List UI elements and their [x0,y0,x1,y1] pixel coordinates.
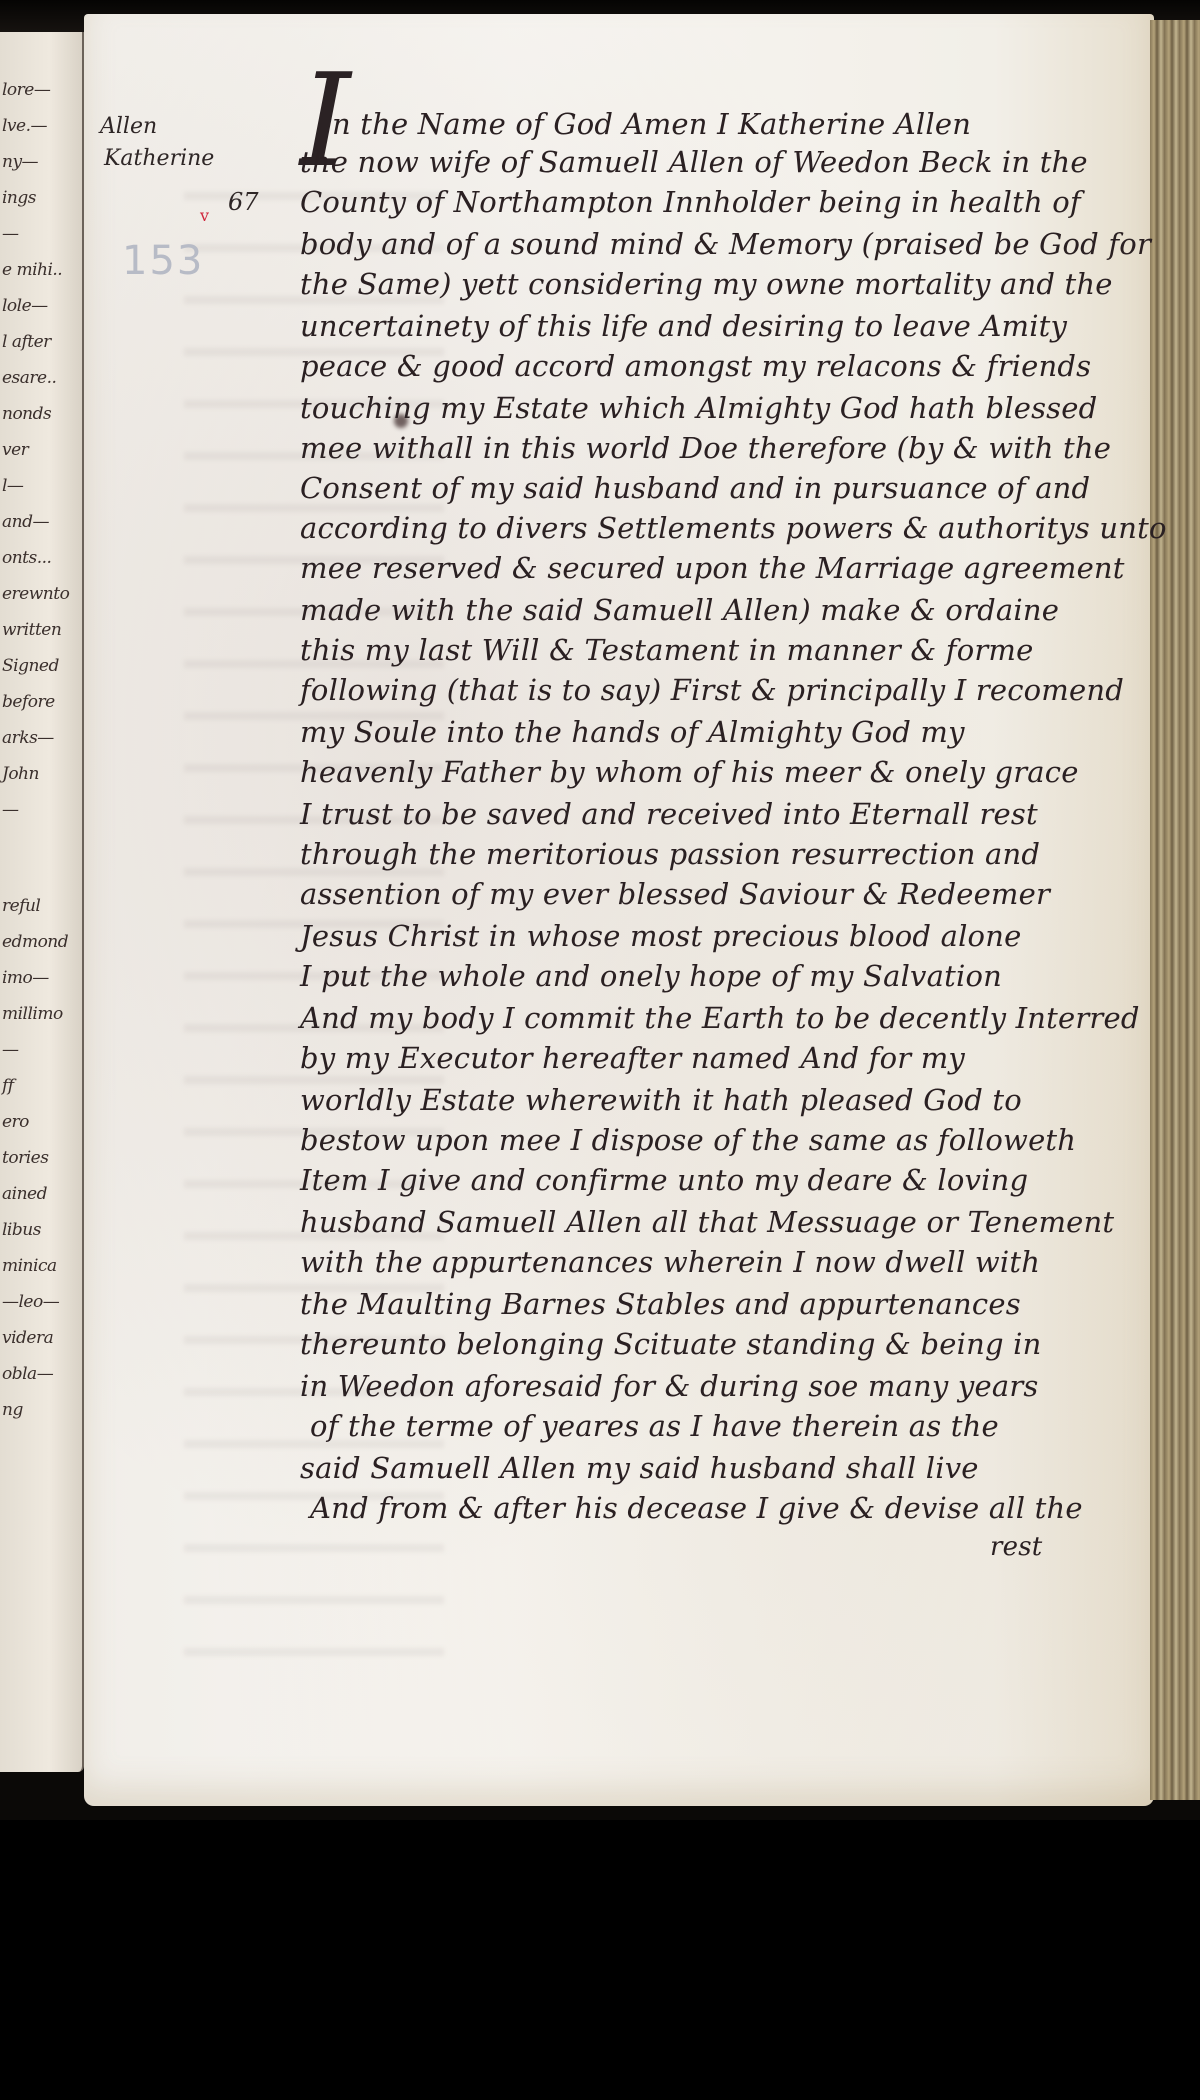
left-page-fragment: edmond [2,932,68,952]
manuscript-photo: lore—lve.—ny—ings—e mihi..lole—l afteres… [0,0,1200,1820]
margin-surname: Allen [100,114,157,139]
will-line: Consent of my said husband and in pursua… [300,474,1090,503]
left-page-fragment: millimo [2,1004,63,1024]
will-line: through the meritorious passion resurrec… [300,840,1040,869]
will-line: by my Executor hereafter named And for m… [300,1044,965,1073]
left-page-fragment: — [2,800,19,820]
will-line: the now wife of Samuell Allen of Weedon … [300,148,1088,177]
left-page-fragment: lore— [2,80,50,100]
will-line: thereunto belonging Scituate standing & … [300,1330,1042,1359]
left-page-fragment: l after [2,332,51,352]
will-line: heavenly Father by whom of his meer & on… [300,758,1079,787]
will-line: said Samuell Allen my said husband shall… [300,1454,979,1483]
will-line: this my last Will & Testament in manner … [300,636,1034,665]
left-page-fragment: nonds [2,404,51,424]
will-line: made with the said Samuell Allen) make &… [300,596,1059,625]
will-line: Jesus Christ in whose most precious bloo… [300,922,1021,951]
left-page-fragment: esare.. [2,368,56,388]
will-line: I trust to be saved and received into Et… [300,800,1038,829]
left-page-fragment: lve.— [2,116,47,136]
will-line: my Soule into the hands of Almighty God … [300,718,965,747]
will-line: the Maulting Barnes Stables and appurten… [300,1290,1021,1319]
margin-forename: Katherine [104,146,214,171]
will-line: worldly Estate wherewith it hath pleased… [300,1086,1022,1115]
will-line: And from & after his decease I give & de… [310,1494,1083,1523]
will-line: touching my Estate which Almighty God ha… [300,394,1097,423]
will-line: with the appurtenances wherein I now dwe… [300,1248,1040,1277]
will-line: of the terme of yeares as I have therein… [310,1412,999,1441]
will-line: County of Northampton Innholder being in… [300,188,1081,217]
left-page-fragment: obla— [2,1364,53,1384]
left-page-fragment: before [2,692,55,712]
left-page-fragment: l— [2,476,23,496]
left-page-fragment: onts... [2,548,51,568]
will-line: according to divers Settlements powers &… [300,514,1167,543]
left-page-fragment: reful [2,896,40,916]
left-page-fragment: ero [2,1112,29,1132]
left-page-fragment: lole— [2,296,48,316]
left-page-fragment: written [2,620,61,640]
will-line: peace & good accord amongst my relacons … [300,352,1091,381]
left-page-fragment: videra [2,1328,53,1348]
will-line: body and of a sound mind & Memory (prais… [300,230,1151,259]
book-spine-edge [1150,20,1200,1800]
will-line: I put the whole and onely hope of my Sal… [300,962,1002,991]
left-facing-page: lore—lve.—ny—ings—e mihi..lole—l afteres… [0,32,84,1772]
will-line: mee withall in this world Doe therefore … [300,434,1111,463]
will-line: And my body I commit the Earth to be dec… [300,1004,1140,1033]
left-page-fragment: ff [2,1076,14,1096]
will-line: rest [990,1534,1042,1560]
left-page-fragment: ny— [2,152,38,172]
left-page-fragment: ained [2,1184,47,1204]
red-tick-mark: v [200,206,209,225]
left-page-fragment: ng [2,1400,23,1420]
left-page-fragment: arks— [2,728,54,748]
left-page-fragment: and— [2,512,49,532]
left-page-fragment: imo— [2,968,49,988]
left-page-fragment: — [2,224,19,244]
will-line: assention of my ever blessed Saviour & R… [300,880,1050,909]
will-line: n the Name of God Amen I Katherine Allen [332,110,971,139]
folio-number: 153 [122,238,204,284]
left-page-fragment: minica [2,1256,57,1276]
left-page-fragment: e mihi.. [2,260,62,280]
will-line: bestow upon mee I dispose of the same as… [300,1126,1076,1155]
left-page-fragment: erewnto [2,584,69,604]
will-line: Item I give and confirme unto my deare &… [300,1166,1028,1195]
left-page-fragment: Signed [2,656,59,676]
will-line: in Weedon aforesaid for & during soe man… [300,1372,1039,1401]
will-line: the Same) yett considering my owne morta… [300,270,1113,299]
will-line: mee reserved & secured upon the Marriage… [300,554,1125,583]
will-line: uncertainety of this life and desiring t… [300,312,1067,341]
left-page-fragment: — [2,1040,19,1060]
left-page-fragment: ings [2,188,36,208]
left-page-fragment: tories [2,1148,48,1168]
will-line: following (that is to say) First & princ… [300,676,1124,705]
will-line: husband Samuell Allen all that Messuage … [300,1208,1114,1237]
left-page-fragment: ver [2,440,28,460]
left-page-fragment: —leo— [2,1292,59,1312]
margin-entry-number: 67 [228,188,259,216]
left-page-fragment: John [2,764,39,784]
left-page-fragment: libus [2,1220,41,1240]
